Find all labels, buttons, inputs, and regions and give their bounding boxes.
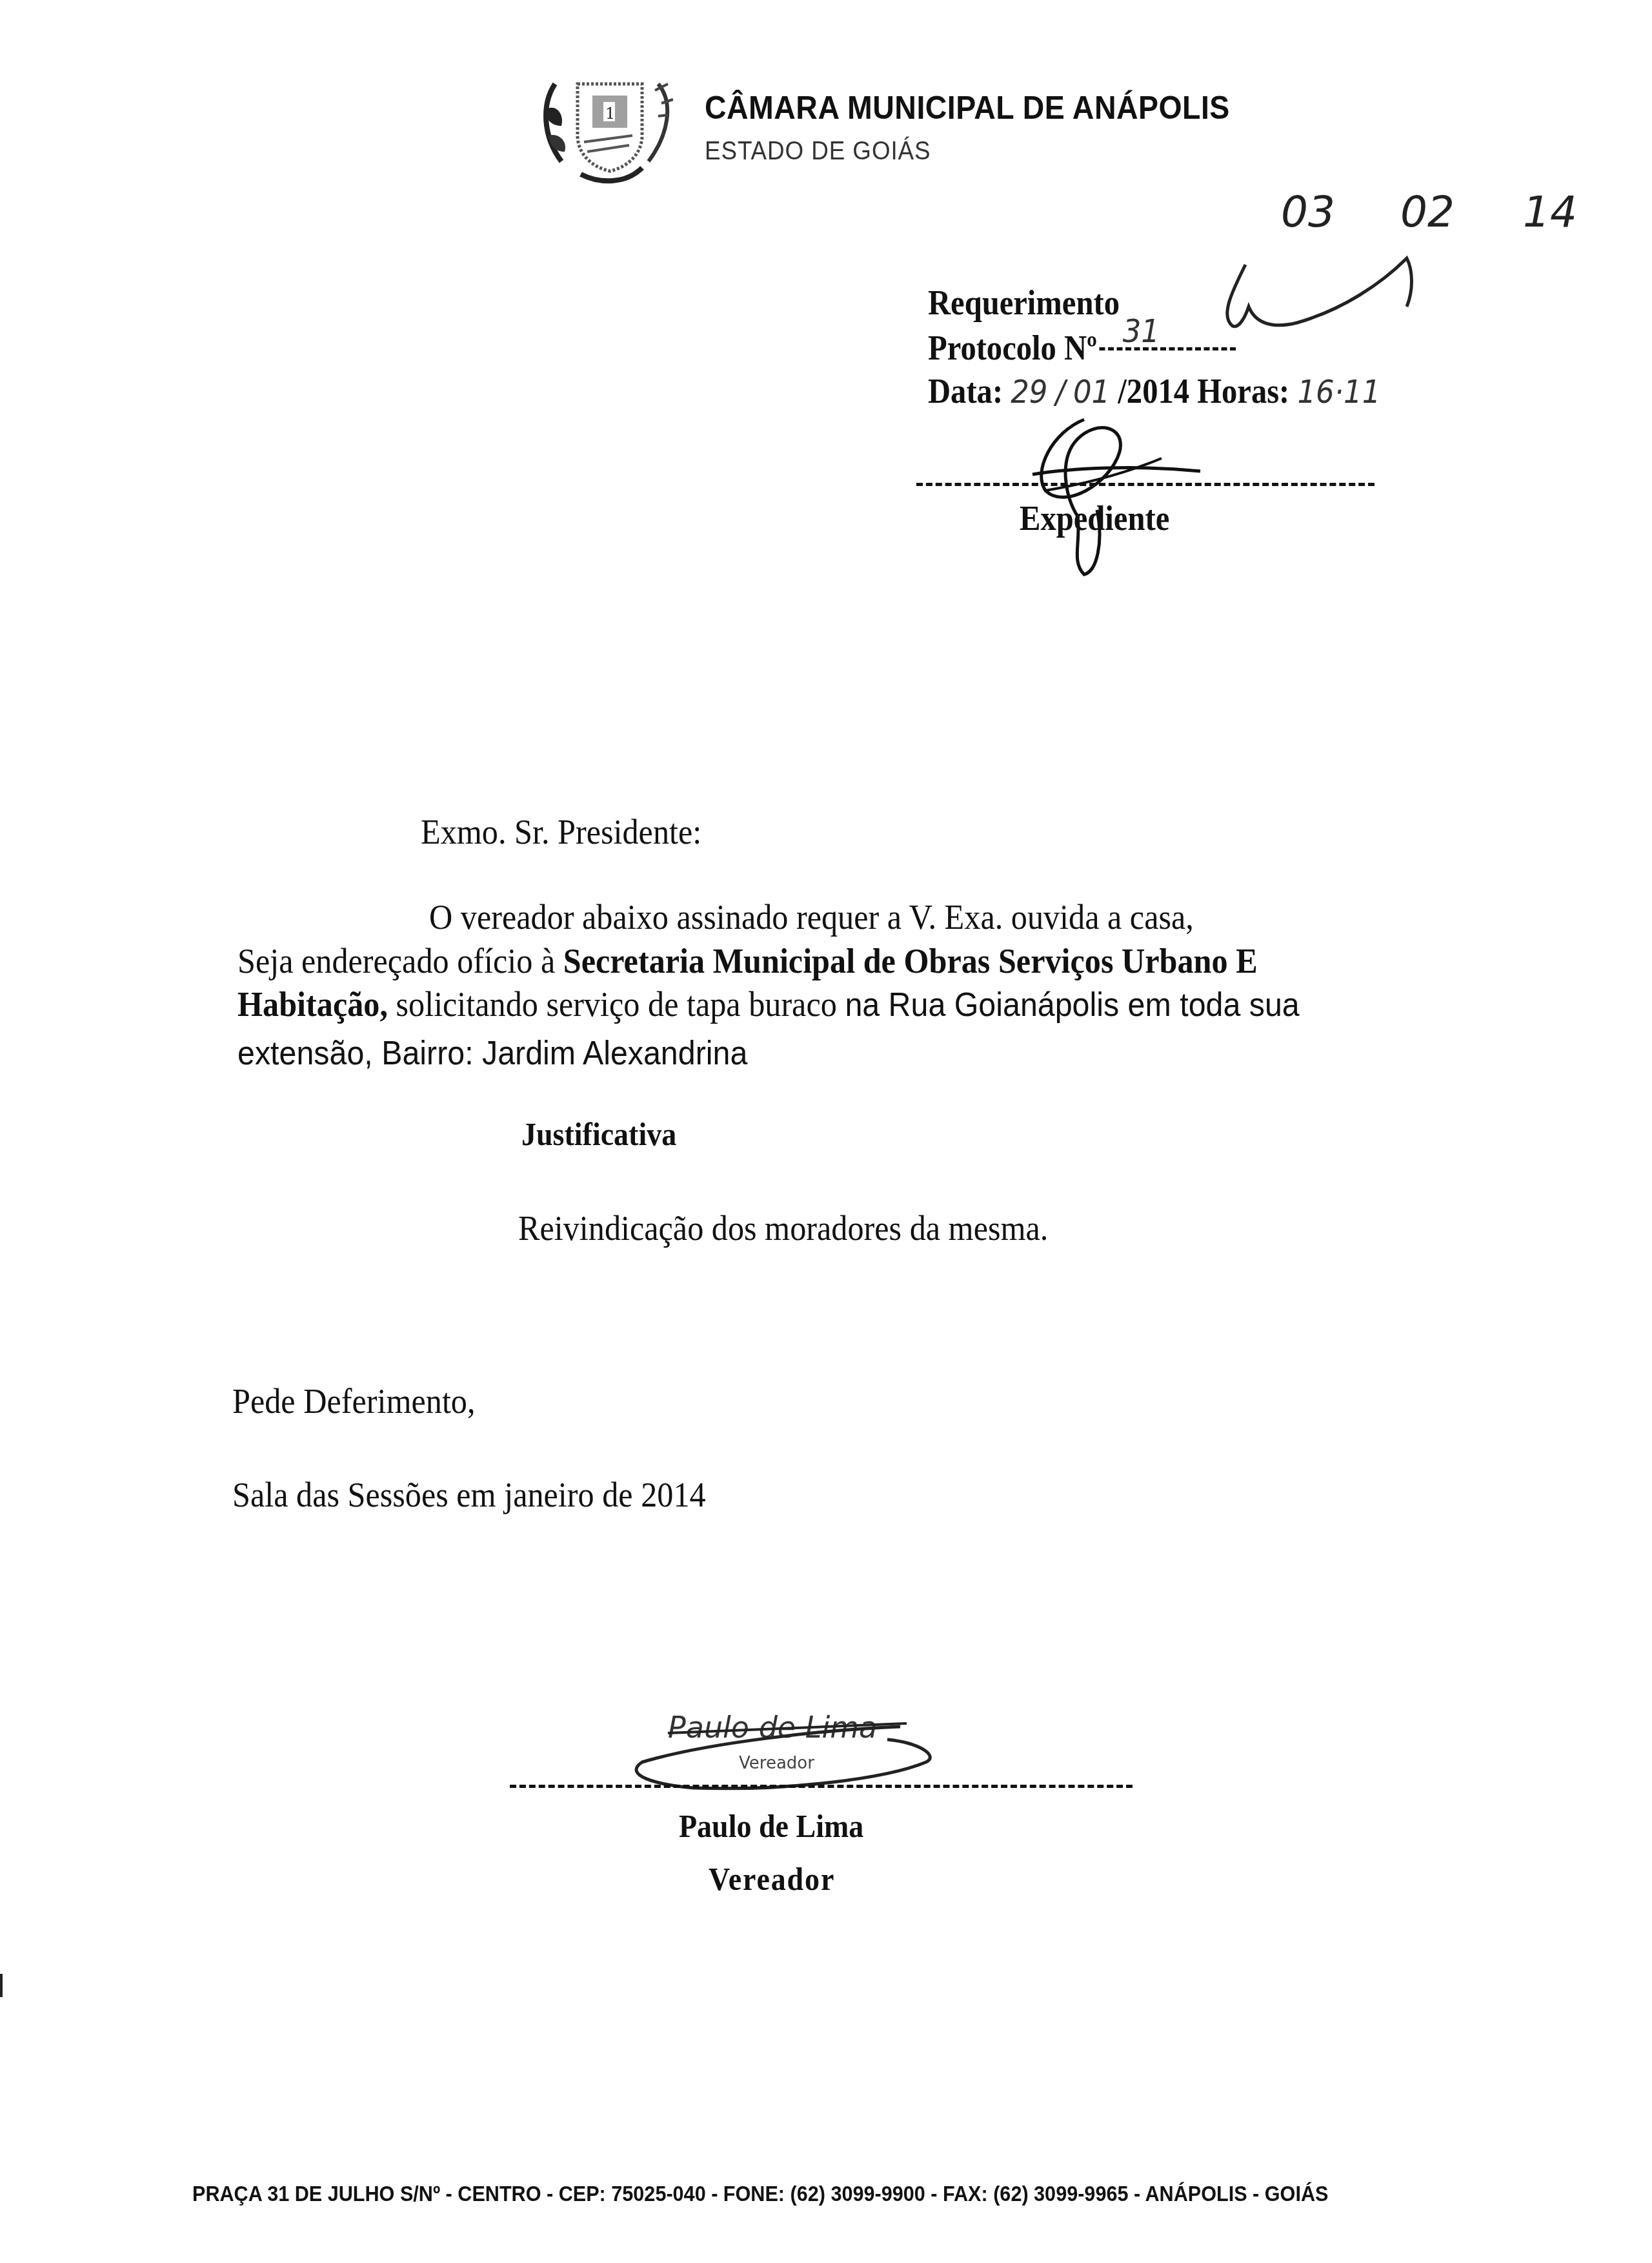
hours-label: Horas: (1197, 372, 1289, 411)
place-date: Sala das Sessões em janeiro de 2014 (232, 1475, 706, 1515)
justification-heading: Justificativa (521, 1115, 676, 1153)
date-label: Data: (928, 372, 1003, 411)
scan-edge-mark (0, 1974, 3, 1997)
organization-name: CÂMARA MUNICIPAL DE ANÁPOLIS (705, 89, 1230, 127)
expediente-signature (1007, 413, 1213, 581)
request-location-cont: extensão, Bairro: Jardim Alexandrina (237, 1035, 747, 1072)
footer-address: PRAÇA 31 DE JULHO S/Nº - CENTRO - CEP: 7… (192, 2182, 1328, 2207)
svg-text:1: 1 (605, 105, 615, 123)
signer-name: Paulo de Lima (679, 1807, 863, 1845)
municipal-crest-icon: 1 (536, 65, 684, 194)
justification-text: Reivindicação dos moradores da mesma. (518, 1208, 1048, 1248)
handwritten-receipt-day: 03 (1281, 187, 1335, 237)
request-text: solicitando serviço de tapa buraco (388, 985, 845, 1024)
request-line-1: Seja endereçado ofício à Secretaria Muni… (237, 941, 1258, 981)
protocol-number-value: 31 (1123, 312, 1160, 350)
hours-value: 16·11 (1297, 373, 1380, 411)
handwritten-receipt-year: 14 (1523, 187, 1577, 237)
request-line-2: Habitação, solicitando serviço de tapa b… (237, 984, 1300, 1024)
document-type-label: Requerimento (928, 283, 1120, 323)
date-month-value: 01 (1073, 373, 1110, 411)
receipt-initials-signature (1194, 245, 1465, 336)
expediente-label: Expediente (1020, 498, 1169, 538)
salutation: Exmo. Sr. Presidente: (421, 812, 701, 852)
signer-role: Vereador (709, 1860, 835, 1898)
request-location: na Rua Goianápolis em toda sua (845, 986, 1299, 1024)
date-day-value: 29 (1011, 373, 1047, 411)
request-intro: O vereador abaixo assinado requer a V. E… (429, 897, 1194, 937)
closing-text: Pede Deferimento, (232, 1381, 476, 1421)
signature-line (510, 1785, 1133, 1788)
date-separator: / (1056, 373, 1065, 411)
request-line-3: extensão, Bairro: Jardim Alexandrina (237, 1033, 747, 1073)
request-recipient: Secretaria Municipal de Obras Serviços U… (563, 942, 1258, 980)
request-recipient-cont: Habitação, (237, 985, 388, 1024)
expediente-signature-line (916, 483, 1375, 486)
date-year-value: /2014 (1118, 372, 1189, 411)
protocol-number-row: Protocolo Nº31 (928, 328, 1236, 368)
protocol-date-row: Data: 29 / 01 /2014 Horas: 16·11 (928, 371, 1380, 411)
stamp-role: Vereador (739, 1754, 814, 1773)
request-text: Seja endereçado ofício à (237, 942, 563, 980)
stamp-name: Paulo de Lima (668, 1710, 877, 1745)
organization-state: ESTADO DE GOIÁS (705, 137, 931, 166)
protocol-number-field: 31 (1100, 347, 1236, 350)
handwritten-receipt-month: 02 (1400, 187, 1455, 237)
protocol-number-label: Protocolo Nº (928, 329, 1097, 367)
